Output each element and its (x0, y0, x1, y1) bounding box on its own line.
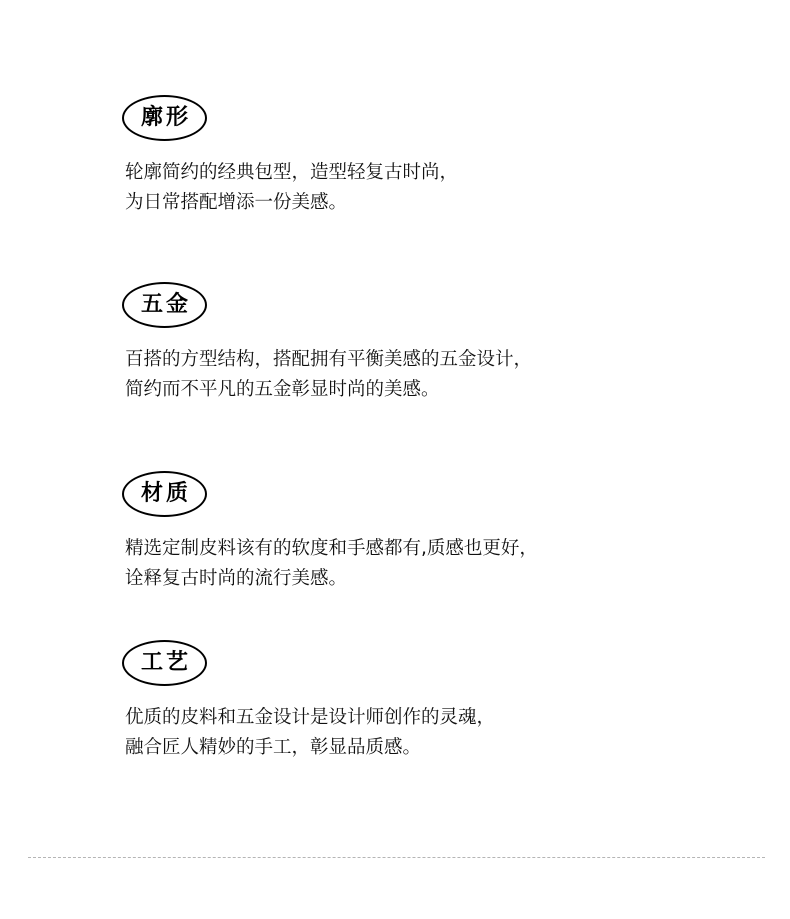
section-title-badge: 廓形 (122, 95, 207, 141)
section-material: 材质 精选定制皮料该有的软度和手感都有,质感也更好， 诠释复古时尚的流行美感。 (122, 471, 682, 594)
section-description: 轮廓简约的经典包型，造型轻复古时尚， 为日常搭配增添一份美感。 (122, 158, 682, 218)
section-title-badge: 五金 (122, 282, 207, 328)
section-silhouette: 廓形 轮廓简约的经典包型，造型轻复古时尚， 为日常搭配增添一份美感。 (122, 95, 682, 218)
section-title-badge: 材质 (122, 471, 207, 517)
section-hardware: 五金 百搭的方型结构，搭配拥有平衡美感的五金设计， 简约而不平凡的五金彰显时尚的… (122, 282, 682, 405)
dashed-divider (28, 857, 765, 858)
description-line: 为日常搭配增添一份美感。 (125, 188, 682, 218)
section-title: 材质 (138, 483, 191, 505)
description-line: 精选定制皮料该有的软度和手感都有,质感也更好， (125, 534, 682, 564)
section-title: 廓形 (138, 107, 191, 129)
section-description: 百搭的方型结构，搭配拥有平衡美感的五金设计， 简约而不平凡的五金彰显时尚的美感。 (122, 345, 682, 405)
description-line: 轮廓简约的经典包型，造型轻复古时尚， (125, 158, 682, 188)
section-craftsmanship: 工艺 优质的皮料和五金设计是设计师创作的灵魂， 融合匠人精妙的手工，彰显品质感。 (122, 640, 682, 763)
section-title: 工艺 (138, 652, 191, 674)
description-line: 优质的皮料和五金设计是设计师创作的灵魂， (125, 703, 682, 733)
description-line: 融合匠人精妙的手工，彰显品质感。 (125, 733, 682, 763)
section-title: 五金 (138, 294, 191, 316)
section-description: 优质的皮料和五金设计是设计师创作的灵魂， 融合匠人精妙的手工，彰显品质感。 (122, 703, 682, 763)
description-line: 简约而不平凡的五金彰显时尚的美感。 (125, 375, 682, 405)
section-description: 精选定制皮料该有的软度和手感都有,质感也更好， 诠释复古时尚的流行美感。 (122, 534, 682, 594)
section-title-badge: 工艺 (122, 640, 207, 686)
description-line: 诠释复古时尚的流行美感。 (125, 564, 682, 594)
description-line: 百搭的方型结构，搭配拥有平衡美感的五金设计， (125, 345, 682, 375)
